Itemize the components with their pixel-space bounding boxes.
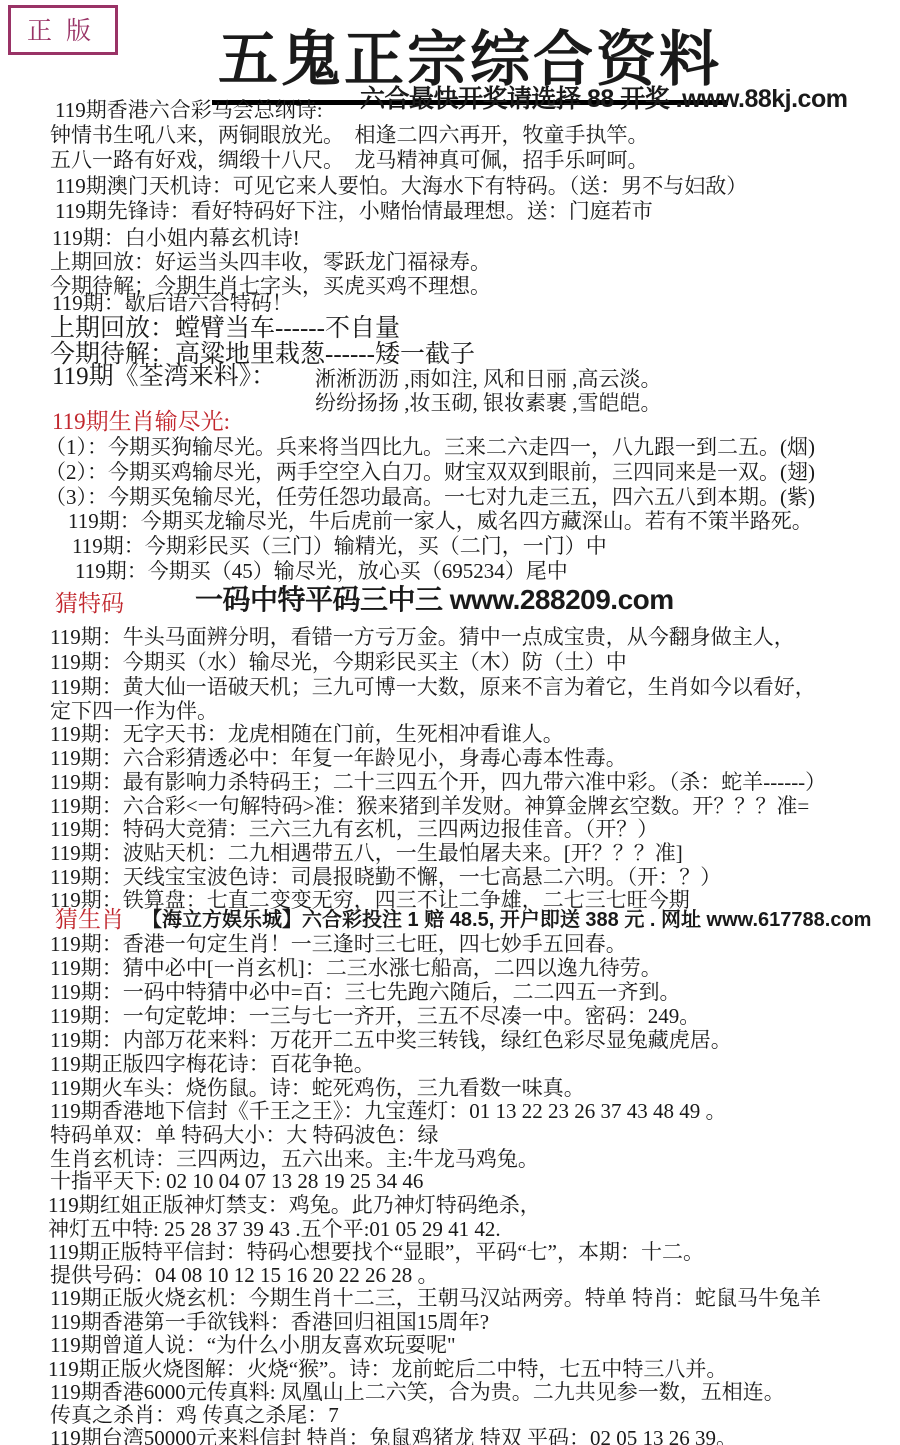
tema-line: 119期：特码大竞猜：三六三九有玄机，三四两边报佳音。（开？） [50,818,658,841]
tema-line: 119期：今期买（水）输尽光，今期彩民买主（木）防（土）中 [50,651,627,674]
macau-tianji-poem: 119期澳门天机诗：可见它来人要怕。大海水下有特码。（送：男不与妇敌） [55,175,747,198]
last-issue-replay: 上期回放：好运当头四丰收，零跃龙门福禄寿。 [50,251,491,274]
text-run: 119期：六合彩猜透必中：年复一年龄见小，身毒心毒本性毒。 [50,746,627,770]
text-run: 上期回放：好运当头四丰收，零跃龙门福禄寿。 [50,250,491,274]
tema-line: 119期：六合彩猜透必中：年复一年龄见小，身毒心毒本性毒。 [50,747,627,770]
chuanzhen-sha: 传真之杀肖：鸡 传真之杀尾：7 [50,1404,339,1427]
promo-617788: 【海立方娱乐城】六合彩投注 1 赔 48.5, 开户即送 388 元 . 网址 … [142,910,871,932]
tema-line: 119期：六合彩<一句解特码>准：猴来猪到羊发财。神算金牌玄空数。开？？？准= [50,795,809,818]
text-run: 119期香港地下信封《千王之王》：九宝莲灯：01 13 22 23 26 37 … [50,1099,726,1123]
teping-xinfeng: 119期正版特平信封：特码心想要找个“显眼”，平码“七”，本期：十二。 [48,1241,704,1264]
poem-line: 五八一路有好戏，绸缎十八尺。 龙马精神真可佩，招手乐呵呵。 [50,149,649,172]
huoshao-tujie: 119期正版火烧图解：火烧“猴”。诗：龙前蛇后二中特，七五中特三八并。 [48,1358,727,1381]
shendeng-wuzhongte: 神灯五中特: 25 28 37 39 43 .五个平:01 05 29 41 4… [48,1218,501,1241]
promo-88kj: 六合最快开奖请选择 88 开奖 .www.88kj.com [360,86,847,113]
shizhi-pingtianxia: 十指平天下: 02 10 04 07 13 28 19 25 34 46 [50,1170,423,1193]
text-run: 119期：今期买（水）输尽光，今期彩民买主（木）防（土）中 [50,650,627,674]
text-run: 119期：天线宝宝波色诗：司晨报晓勤不懈，一七高悬二六明。（开：？） [50,865,721,889]
shengxiao-line: 119期：一码中特猜中必中=百：三七先跑六随后，二二四五一齐到。 [50,981,681,1004]
shengxiao-line: 119期：猜中必中[一肖玄机]：二三水涨七船高，二四以逸九待劳。 [50,957,662,980]
text-run: 119期先锋诗：看好特码好下注，小赌怡情最理想。送：门庭若市 [55,199,653,223]
shujin-item-2: （2）：今期买鸡输尽光，两手空空入白刀。财宝双双到眼前，三四同来是一双。(翅) [45,461,815,484]
huoshao-xuanji: 119期正版火烧玄机：今期生肖十二三，王朝马汉站两旁。特单 特肖：蛇鼠马牛兔羊 [50,1287,821,1310]
shujin-item-1: （1）：今期买狗输尽光。兵来将当四比九。三来二六走四一，八九跟一到二五。(烟) [45,436,815,459]
text-run: 119期：歇后语六合特码！ [52,291,293,315]
section-caishengxiao: 猜生肖 [55,908,124,933]
text-run: 上期回放：螳臂当车------不自量 [50,315,400,342]
tema-line: 119期：波贴天机：二九相遇带五八，一生最怕屠夫来。[开？？？准] [50,842,683,865]
text-run: （3）：今期买兔输尽光，任劳任怨功最高。一七对九走三五，四六五八到本期。(紫) [45,485,815,509]
dixia-xinfeng: 119期香港地下信封《千王之王》：九宝莲灯：01 13 22 23 26 37 … [50,1100,726,1123]
text-run: 119期：六合彩<一句解特码>准：猴来猪到羊发财。神算金牌玄空数。开？？？准= [50,794,809,818]
shujin-dragon: 119期：今期买龙输尽光，牛后虎前一家人，威名四方藏深山。若有不策半路死。 [68,510,813,533]
promo-banner-text: 【海立方娱乐城】六合彩投注 1 赔 48.5, 开户即送 388 元 . 网址 … [142,909,871,931]
text-run: 119期《荃湾来料》： [52,363,276,390]
text-run: 119期火车头：烧伤鼠。诗：蛇死鸡伤，三九看数一味真。 [50,1076,585,1100]
meihua-poem: 119期正版四字梅花诗：百花争艳。 [50,1053,375,1076]
section-heading-text: 猜生肖 [55,907,124,932]
text-run: （2）：今期买鸡输尽光，两手空空入白刀。财宝双双到眼前，三四同来是一双。(翅) [45,460,815,484]
shujin-45: 119期：今期买（45）输尽光，放心买（695234）尾中 [75,560,568,583]
text-run: 119期：特码大竞猜：三六三九有玄机，三四两边报佳音。（开？） [50,817,658,841]
quanwan-line-2: 纷纷扬扬 ,妆玉砌, 银妆素裹 ,雪皑皑。 [315,392,662,415]
promo-banner-text: 六合最快开奖请选择 88 开奖 .www.88kj.com [360,85,847,113]
chuanzhen-liao: 119期香港6000元传真料: 凤凰山上二六笑，合为贵。二九共见参一数，五相连。 [50,1381,785,1404]
document-page: 正版 五鬼正宗综合资料 六合最快开奖请选择 88 开奖 .www.88kj.co… [0,0,900,1445]
shujin-sanmen: 119期：今期彩民买（三门）输精光，买（二门，一门）中 [72,535,607,558]
text-run: 119期：白小姐内幕玄机诗! [52,226,300,250]
taiwan-xinfeng: 119期台湾50000元来料信封 特肖：兔鼠鸡猪龙 特双 平码：02 05 13… [50,1427,737,1445]
authenticity-badge: 正版 [8,5,118,55]
text-run: 生肖玄机诗：三四两边，五六出来。主:牛龙马鸡兔。 [50,1147,539,1171]
quanwan-line-1: 淅淅沥沥 ,雨如注, 风和日丽 ,高云淡。 [315,368,662,391]
tema-line: 119期：黄大仙一语破天机；三九可博一大数，原来不言为着它，生肖如今以看好， [50,676,816,699]
text-run: 提供号码：04 08 10 12 15 16 20 22 26 28 。 [50,1263,439,1287]
poem-line: 钟情书生吼八来，两铜眼放光。 相逢二四六再开，牧童手执竿。 [50,124,649,147]
text-run: （1）：今期买狗输尽光。兵来将当四比九。三来二六走四一，八九跟一到二五。(烟) [45,435,815,459]
zengdaoren: 119期曾道人说：“为什么小朋友喜欢玩耍呢" [50,1334,456,1357]
text-run: 119期香港六合彩马会总纲诗: [55,98,323,122]
tema-line: 119期：牛头马面辨分明，看错一方亏万金。猜中一点成宝贵，从今翻身做主人， [50,626,795,649]
text-run: 119期红姐正版神灯禁支：鸡兔。此乃神灯特码绝杀， [48,1193,541,1217]
tema-line: 119期：最有影响力杀特码王；二十三四五个开，四九带六准中彩。（杀：蛇羊----… [50,771,826,794]
section-heading-text: 猜特码 [55,591,124,616]
xiehouyu-title: 119期：歇后语六合特码！ [52,292,293,315]
text-run: 五八一路有好戏，绸缎十八尺。 龙马精神真可佩，招手乐呵呵。 [50,148,649,172]
promo-banner-text: 一码中特平码三中三 www.288209.com [195,584,674,615]
text-run: 纷纷扬扬 ,妆玉砌, 银妆素裹 ,雪皑皑。 [315,391,662,415]
text-run: 119期：香港一句定生肖！一三逢时三七旺，四七妙手五回春。 [50,932,627,956]
shendeng-jinzhi: 119期红姐正版神灯禁支：鸡兔。此乃神灯特码绝杀， [48,1194,541,1217]
text-run: 119期曾道人说：“为什么小朋友喜欢玩耍呢" [50,1333,456,1357]
text-run: 119期正版火烧玄机：今期生肖十二三，王朝马汉站两旁。特单 特肖：蛇鼠马牛兔羊 [50,1286,821,1310]
text-run: 119期：今期买（45）输尽光，放心买（695234）尾中 [75,559,568,583]
masthead-poem-title: 119期香港六合彩马会总纲诗: [55,99,323,122]
text-run: 119期：今期彩民买（三门）输精光，买（二门，一门）中 [72,534,607,558]
text-run: 钟情书生吼八来，两铜眼放光。 相逢二四六再开，牧童手执竿。 [50,123,649,147]
tema-attrs: 特码单双：单 特码大小：大 特码波色：绿 [50,1124,439,1147]
section-heading-text: 119期生肖输尽光: [52,409,230,434]
shengxiao-line: 119期：一句定乾坤：一三与七一齐开，三五不尽凑一中。密码：249。 [50,1005,700,1028]
xiehouyu-last: 上期回放：螳臂当车------不自量 [50,315,400,342]
text-run: 119期：一句定乾坤：一三与七一齐开，三五不尽凑一中。密码：249。 [50,1004,700,1028]
shengxiao-xuanji: 生肖玄机诗：三四两边，五六出来。主:牛龙马鸡兔。 [50,1148,539,1171]
text-run: 119期正版特平信封：特码心想要找个“显眼”，平码“七”，本期：十二。 [48,1240,704,1264]
baixiaojie-title: 119期：白小姐内幕玄机诗! [52,227,300,250]
yuqian-liao: 119期香港第一手欲钱料：香港回归祖国15周年? [50,1311,489,1334]
promo-288209: 一码中特平码三中三 www.288209.com [195,585,674,615]
text-run: 119期：无字天书：龙虎相随在门前，生死相冲看谁人。 [50,722,564,746]
text-run: 119期：内部万花来料：万花开二五中奖三转钱，绿红色彩尽显兔藏虎居。 [50,1028,732,1052]
tema-line: 119期：无字天书：龙虎相随在门前，生死相冲看谁人。 [50,723,564,746]
text-run: 十指平天下: 02 10 04 07 13 28 19 25 34 46 [50,1169,423,1193]
text-run: 119期：波贴天机：二九相遇带五八，一生最怕屠夫来。[开？？？准] [50,841,683,865]
tema-line: 119期：天线宝宝波色诗：司晨报晓勤不懈，一七高悬二六明。（开：？） [50,866,721,889]
text-run: 淅淅沥沥 ,雨如注, 风和日丽 ,高云淡。 [315,367,662,391]
tigong-haoma: 提供号码：04 08 10 12 15 16 20 22 26 28 。 [50,1264,439,1287]
tema-line-cont: 定下四一作为伴。 [50,700,218,723]
text-run: 119期正版火烧图解：火烧“猴”。诗：龙前蛇后二中特，七五中特三八并。 [48,1357,727,1381]
shengxiao-shujin-heading: 119期生肖输尽光: [52,410,230,435]
text-run: 119期：今期买龙输尽光，牛后虎前一家人，威名四方藏深山。若有不策半路死。 [68,509,813,533]
text-run: 定下四一作为伴。 [50,699,218,723]
text-run: 119期正版四字梅花诗：百花争艳。 [50,1052,375,1076]
text-run: 传真之杀肖：鸡 传真之杀尾：7 [50,1403,339,1427]
text-run: 119期：最有影响力杀特码王；二十三四五个开，四九带六准中彩。（杀：蛇羊----… [50,770,826,794]
text-run: 119期澳门天机诗：可见它来人要怕。大海水下有特码。（送：男不与妇敌） [55,174,747,198]
quanwan-title: 119期《荃湾来料》： [52,363,276,390]
section-caitema: 猜特码 [55,592,124,617]
text-run: 119期香港6000元传真料: 凤凰山上二六笑，合为贵。二九共见参一数，五相连。 [50,1380,785,1404]
xianfeng-poem: 119期先锋诗：看好特码好下注，小赌怡情最理想。送：门庭若市 [55,200,653,223]
text-run: 119期：黄大仙一语破天机；三九可博一大数，原来不言为着它，生肖如今以看好， [50,675,816,699]
text-run: 119期：牛头马面辨分明，看错一方亏万金。猜中一点成宝贵，从今翻身做主人， [50,625,795,649]
shengxiao-line: 119期：内部万花来料：万花开二五中奖三转钱，绿红色彩尽显兔藏虎居。 [50,1029,732,1052]
shengxiao-line: 119期：香港一句定生肖！一三逢时三七旺，四七妙手五回春。 [50,933,627,956]
text-run: 119期台湾50000元来料信封 特肖：兔鼠鸡猪龙 特双 平码：02 05 13… [50,1426,737,1445]
shujin-item-3: （3）：今期买兔输尽光，任劳任怨功最高。一七对九走三五，四六五八到本期。(紫) [45,486,815,509]
text-run: 119期香港第一手欲钱料：香港回归祖国15周年? [50,1310,489,1334]
text-run: 119期：猜中必中[一肖玄机]：二三水涨七船高，二四以逸九待劳。 [50,956,662,980]
text-run: 119期：一码中特猜中必中=百：三七先跑六随后，二二四五一齐到。 [50,980,681,1004]
text-run: 神灯五中特: 25 28 37 39 43 .五个平:01 05 29 41 4… [48,1217,501,1241]
huochetou: 119期火车头：烧伤鼠。诗：蛇死鸡伤，三九看数一味真。 [50,1077,585,1100]
text-run: 特码单双：单 特码大小：大 特码波色：绿 [50,1123,439,1147]
